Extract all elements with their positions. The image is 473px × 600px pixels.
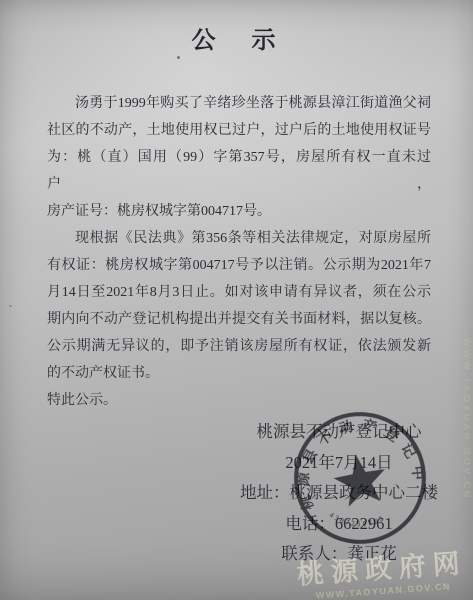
body-line: 的不动产权证书。 xyxy=(47,360,431,387)
dust-speck xyxy=(177,56,180,59)
paragraph-1: 汤勇于1999年购买了辛绪珍坐落于桃源县漳江街道渔父祠 社区的不动产，土地使用权… xyxy=(47,90,431,225)
body-line: 有权证：桃房权城字第004717号予以注销。公示期为2021年7 xyxy=(47,252,431,279)
body-line: 期内向不动产登记机构提出并提交有关书面材料，据以复核。 xyxy=(47,306,431,333)
body-line: 月14日至2021年8月3日止。如对该申请有异议者，须在公示 xyxy=(47,279,431,306)
official-seal-stamp: 桃源县不动产登记中心 4307250282 xyxy=(278,396,443,561)
body-line: 为：桃（直）国用（99）字第357号，房屋所有权一直未过户， xyxy=(47,144,431,198)
body-line: 公示期满无异议的，即予注销该房屋所有权证，依法颁发新 xyxy=(47,333,431,360)
dust-speck xyxy=(9,305,12,307)
body-line: 社区的不动产，土地使用权已过户，过户后的土地使用权证号 xyxy=(47,117,431,144)
body-line: 房产证号：桃房权城字第004717号。 xyxy=(47,198,431,225)
body-line: 现根据《民法典》第356条等相关法律规定，对原房屋所 xyxy=(47,225,431,252)
watermark-site-url: WWW.TAOYUAN.GOV.CN xyxy=(298,580,468,600)
body-line: 汤勇于1999年购买了辛绪珍坐落于桃源县漳江街道渔父祠 xyxy=(47,90,431,117)
notice-body: 汤勇于1999年购买了辛绪珍坐落于桃源县漳江街道渔父祠 社区的不动产，土地使用权… xyxy=(47,90,431,414)
star-icon xyxy=(330,451,390,509)
page-title: 公 示 xyxy=(0,20,473,55)
seal-code-text: 4307250282 xyxy=(327,502,387,534)
paragraph-2: 现根据《民法典》第356条等相关法律规定，对原房屋所 有权证：桃房权城字第004… xyxy=(47,225,431,387)
document-photo: 公 示 汤勇于1999年购买了辛绪珍坐落于桃源县漳江街道渔父祠 社区的不动产，土… xyxy=(0,0,473,600)
right-edge-watermark: WWW.TAOYUAN.GOV.CN xyxy=(462,338,472,501)
